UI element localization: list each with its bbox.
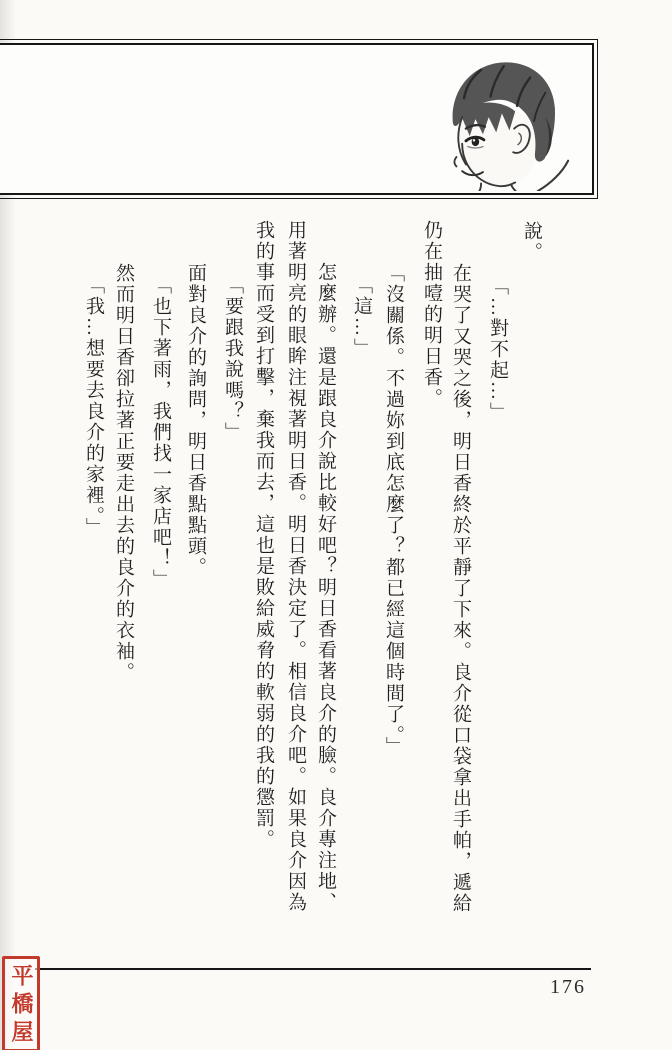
vertical-text-line: 我的事而受到打擊，棄我而去，這也是敗給威脅的軟弱的我的懲罰。: [254, 220, 273, 850]
character-illustration: [424, 51, 576, 191]
vertical-text-line: 用著明亮的眼眸注視著明日香。明日香決定了。相信良介吧。如果良介因為: [286, 220, 305, 913]
vertical-text-line: 在哭了又哭之後，明日香終於平靜了下來。良介從口袋拿出手帕，遞給: [451, 263, 470, 914]
header-illustration-frame: [0, 43, 594, 195]
vertical-text-line: 「沒關係。不過妳到底怎麼了？都已經這個時間了。」: [384, 263, 403, 758]
novel-page: { "colors": { "page_bg": "#fbfaf7", "ink…: [0, 0, 672, 1050]
vertical-text-line: 「要跟我說嗎？」: [223, 275, 242, 443]
page-number: 176: [550, 976, 586, 999]
vertical-text-line: 怎麼辦。還是跟良介說比較好吧？明日香看著良介的臉。良介專注地、: [316, 262, 335, 913]
vertical-text-line: 「…對不起…」: [488, 276, 507, 423]
vertical-text-line: 仍在抽噎的明日香。: [422, 220, 441, 409]
vertical-text-line: 說。: [522, 221, 541, 263]
vertical-text-line: 「這…」: [352, 275, 371, 359]
vertical-text-line: 「也下著雨，我們找一家店吧！」: [151, 275, 170, 590]
vertical-text-line: 然而明日香卻拉著正要走出去的良介的衣袖。: [114, 263, 133, 683]
footer-divider: [35, 968, 591, 970]
vertical-text-line: 面對良介的詢問，明日香點點頭。: [186, 263, 205, 578]
publisher-seal: 平橋屋: [2, 956, 40, 1050]
vertical-text-line: 「我…想要去良介的家裡。」: [84, 275, 103, 539]
